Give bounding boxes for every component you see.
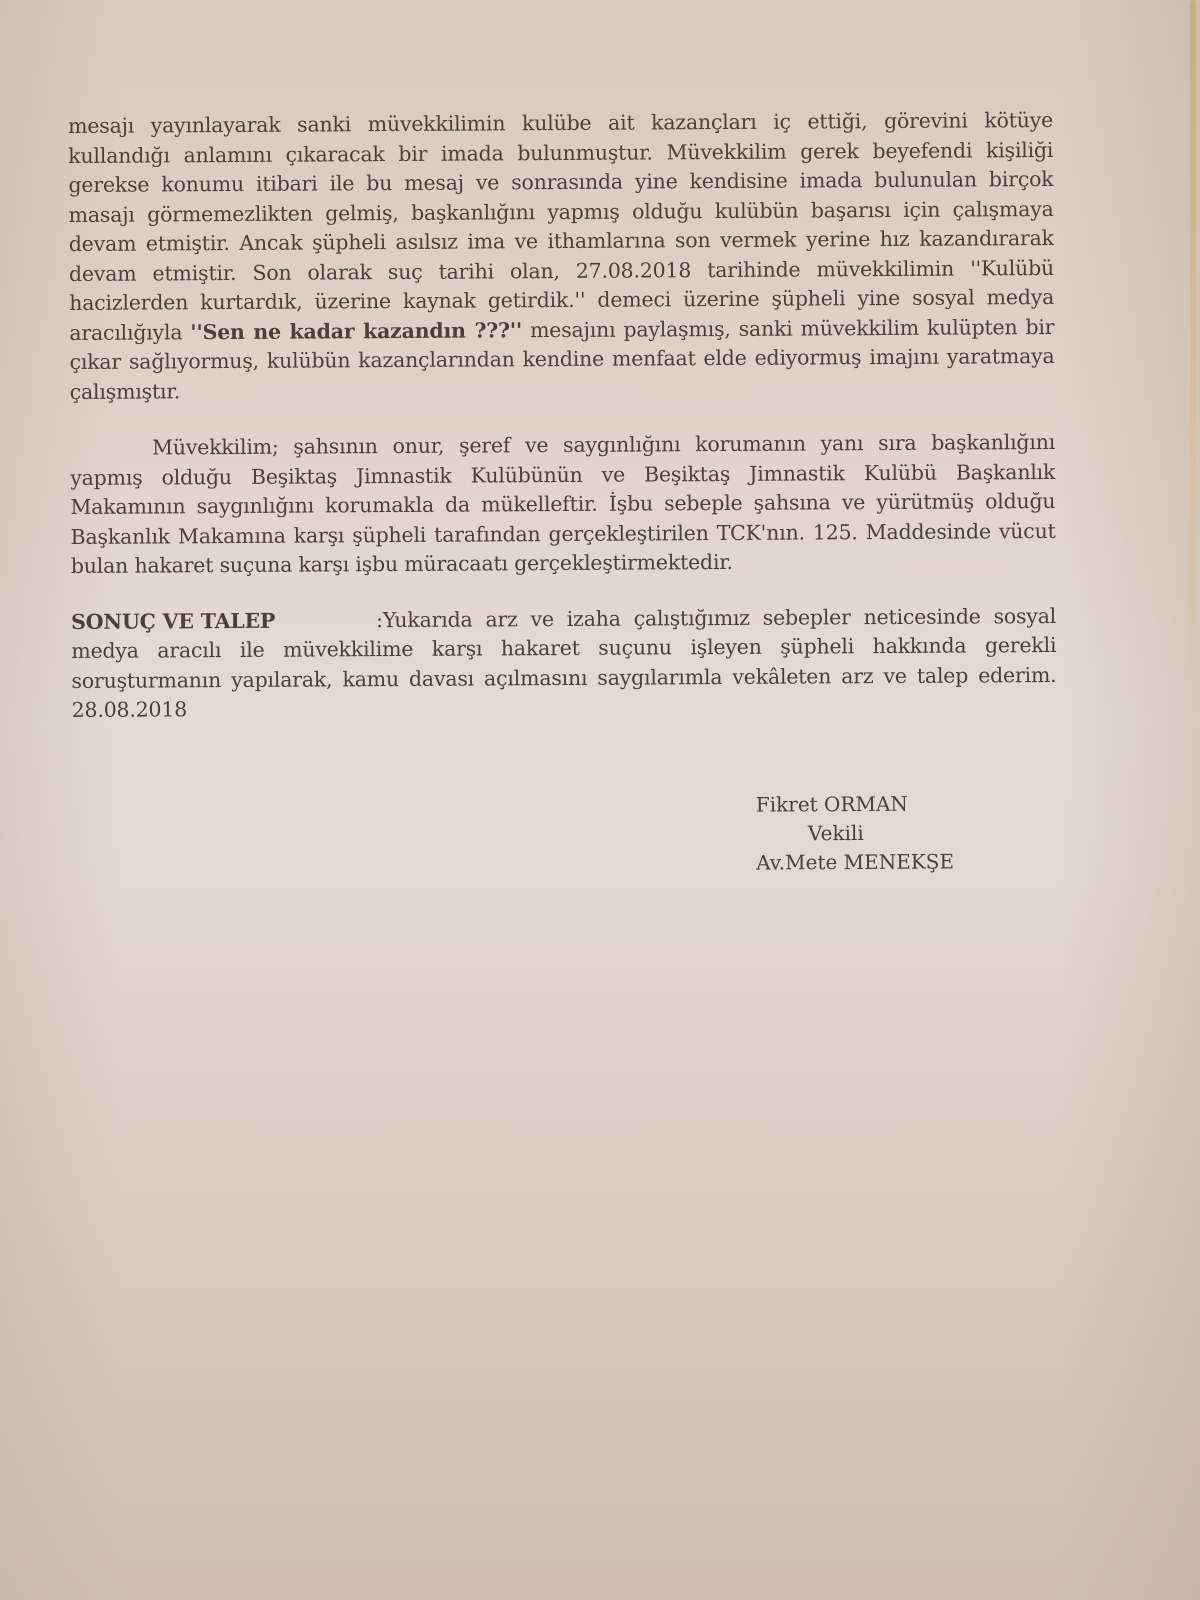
paper-shadow-right <box>1060 0 1200 1600</box>
conclusion-heading: SONUÇ VE TALEP <box>71 606 376 637</box>
attorney-name: Av.Mete MENEKŞE <box>756 847 954 877</box>
paragraph-obligation: Müvekkilim; şahsının onur, şeref ve sayg… <box>70 428 1056 582</box>
document-body: mesajı yayınlayarak sanki müvekkilimin k… <box>68 106 1057 726</box>
conclusion-and-request: SONUÇ VE TALEP:Yukarıda arz ve izaha çal… <box>71 601 1057 725</box>
signature-block: Fikret ORMAN Vekili Av.Mete MENEKŞE <box>756 789 954 877</box>
paragraph-allegation-text-start: mesajı yayınlayarak sanki müvekkilimin k… <box>68 108 1054 345</box>
paragraph-allegation: mesajı yayınlayarak sanki müvekkilimin k… <box>68 106 1055 407</box>
client-name: Fikret ORMAN <box>756 789 954 819</box>
underlying-page-edge <box>1190 0 1196 700</box>
quoted-message: ''Sen ne kadar kazandın ???'' <box>190 318 522 344</box>
signature-role: Vekili <box>756 818 954 848</box>
